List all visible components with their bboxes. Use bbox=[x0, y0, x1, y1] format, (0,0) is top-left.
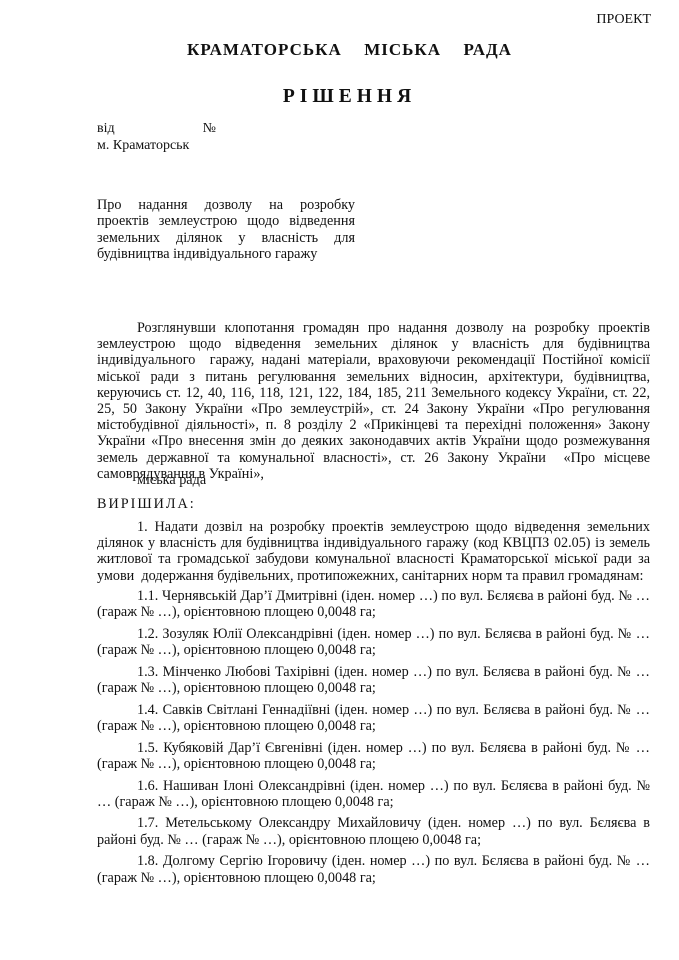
resolved-label: ВИРІШИЛА: bbox=[97, 496, 196, 513]
council-label: міська рада bbox=[137, 472, 206, 489]
list-item: 1.1. Чернявській Дар’ї Дмитрівні (іден. … bbox=[97, 588, 650, 620]
number-sign: № bbox=[203, 121, 216, 136]
date-prefix: від bbox=[97, 121, 115, 136]
list-item: 1.6. Нашиван Ілоні Олександрівні (іден. … bbox=[97, 778, 650, 810]
citizen-list: 1.1. Чернявській Дар’ї Дмитрівні (іден. … bbox=[97, 588, 650, 891]
decision-subject: Про надання дозволу на розробку проектів… bbox=[97, 197, 355, 262]
decision-clause-1: 1. Надати дозвіл на розробку проектів зе… bbox=[97, 519, 650, 584]
list-item: 1.2. Зозуляк Юлії Олександрівні (іден. н… bbox=[97, 626, 650, 658]
preamble-text: Розглянувши клопотання громадян про нада… bbox=[97, 320, 650, 482]
decision-clause-1-text: 1. Надати дозвіл на розробку проектів зе… bbox=[97, 519, 650, 584]
decision-title: РІШЕННЯ bbox=[0, 86, 679, 108]
date-line: від№ bbox=[97, 121, 216, 137]
list-item: 1.8. Долгому Сергію Ігоровичу (іден. ном… bbox=[97, 853, 650, 885]
list-item: 1.4. Савків Світлані Геннадіївні (іден. … bbox=[97, 702, 650, 734]
project-label: ПРОЕКТ bbox=[596, 12, 651, 28]
city-line: м. Краматорськ bbox=[97, 138, 189, 154]
preamble: Розглянувши клопотання громадян про нада… bbox=[97, 320, 650, 482]
council-title: КРАМАТОРСЬКА МІСЬКА РАДА bbox=[0, 40, 679, 60]
list-item: 1.7. Метельському Олександру Михайловичу… bbox=[97, 815, 650, 847]
list-item: 1.5. Кубяковій Дар’ї Євгенівні (іден. но… bbox=[97, 740, 650, 772]
list-item: 1.3. Мінченко Любові Тахірівні (іден. но… bbox=[97, 664, 650, 696]
